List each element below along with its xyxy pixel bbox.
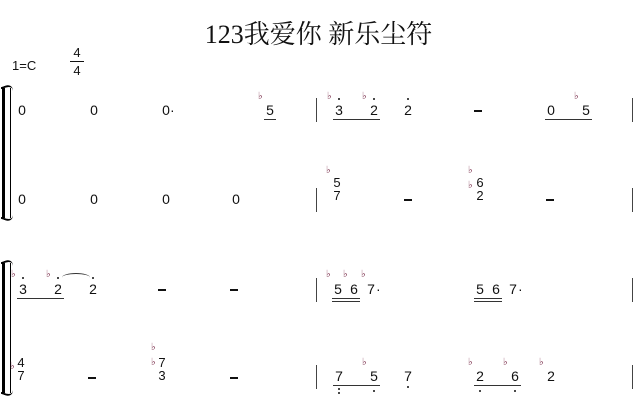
extension-dash [474,110,482,112]
extension-dash [230,377,238,379]
note: 6 [490,281,502,297]
note: 2 [402,102,414,118]
chord-lower: 3 [156,369,168,382]
barline [316,188,317,212]
augmentation-dot: · [376,281,381,297]
chord-lower: 7 [331,189,343,202]
note-digit: 2 [370,102,378,118]
underline-sixteenth [474,301,502,302]
flat-sign: ♭ [468,166,473,176]
chord: 4 7 [15,356,27,382]
note-digit: 3 [19,281,27,297]
note: 0 [16,102,28,118]
flat-sign: ♭ [151,343,156,353]
barline [316,278,317,302]
octave-dot-above [407,98,409,100]
note: 5 [580,102,592,118]
octave-dot-below [514,390,516,392]
barline [632,188,633,212]
flat-sign: ♭ [258,92,263,102]
note: 5 [332,281,344,297]
octave-dot-below [407,386,409,388]
flat-sign: ♭ [327,92,332,102]
barline [632,365,633,389]
note: 0 [545,102,557,118]
augmentation-dot: · [170,102,175,118]
chord: 6 2 [474,176,486,202]
chord-lower: 7 [15,369,27,382]
underline-eighth [545,119,592,120]
barline [316,365,317,389]
note-digit: 2 [54,281,62,297]
underline-sixteenth [332,298,360,299]
barline [632,278,633,302]
flat-sign: ♭ [468,181,473,191]
octave-dot-below [373,390,375,392]
flat-sign: ♭ [468,358,473,368]
note: 3 [333,102,345,118]
meter-line [70,61,84,62]
note: 2 [545,368,557,384]
underline-eighth [474,385,521,386]
note: 2 [474,368,486,384]
meter-top: 4 [70,45,84,60]
underline-eighth [333,119,380,120]
note: 0 [160,191,172,207]
note: 6 [348,281,360,297]
flat-sign: ♭ [574,92,579,102]
flat-sign: ♭ [326,166,331,176]
note-digit: 2 [476,368,484,384]
underline-eighth [17,298,64,299]
note: 6 [509,368,521,384]
underline-eighth [264,119,276,120]
flat-sign: ♭ [151,358,156,368]
octave-dot-below [338,392,340,394]
octave-dot-below [479,390,481,392]
extension-dash [88,377,96,379]
flat-sign: ♭ [539,358,544,368]
octave-dot-above [373,98,375,100]
barline [316,98,317,122]
barline [632,98,633,122]
extension-dash [230,289,238,291]
note: 0 [16,191,28,207]
note-digit: 2 [404,102,412,118]
tie [62,273,90,282]
note: 3 [17,281,29,297]
note: 0 [230,191,242,207]
underline-sixteenth [332,301,360,302]
octave-dot-below [338,388,340,390]
octave-dot-above [57,277,59,279]
chord: 7 3 [156,356,168,382]
note: 2 [368,102,380,118]
flat-sign: ♭ [326,270,331,280]
extension-dash [546,199,554,201]
octave-dot-above [92,277,94,279]
note: 5 [264,102,276,118]
flat-sign: ♭ [11,270,16,280]
note: 0 [88,191,100,207]
flat-sign: ♭ [362,92,367,102]
system-2-bracket [2,263,11,393]
note: 0 [88,102,100,118]
note: 2 [52,281,64,297]
note: 5 [474,281,486,297]
note-digit: 7 [404,368,412,384]
flat-sign: ♭ [361,270,366,280]
note-digit: 2 [89,281,97,297]
octave-dot-above [22,277,24,279]
system-1-bracket [2,88,11,218]
underline-sixteenth [474,298,502,299]
underline-eighth [333,385,380,386]
note-digit: 7 [335,368,343,384]
extension-dash [404,199,412,201]
flat-sign: ♭ [343,270,348,280]
note: 2 [87,281,99,297]
note: 7 [333,368,345,384]
note-digit: 5 [370,368,378,384]
chord: 5 7 [331,176,343,202]
chord-lower: 2 [474,189,486,202]
note-digit: 6 [511,368,519,384]
note: 7 [402,368,414,384]
note-digit: 3 [335,102,343,118]
flat-sign: ♭ [46,270,51,280]
time-signature: 4 4 [70,45,84,78]
flat-sign: ♭ [10,362,15,372]
note: 5 [368,368,380,384]
extension-dash [158,289,166,291]
flat-sign: ♭ [362,358,367,368]
octave-dot-above [338,98,340,100]
augmentation-dot: · [518,281,523,297]
flat-sign: ♭ [503,358,508,368]
meter-bottom: 4 [70,63,84,78]
key-signature: 1=C [12,58,36,73]
score-title: 123我爱你 新乐尘符 [0,14,637,51]
